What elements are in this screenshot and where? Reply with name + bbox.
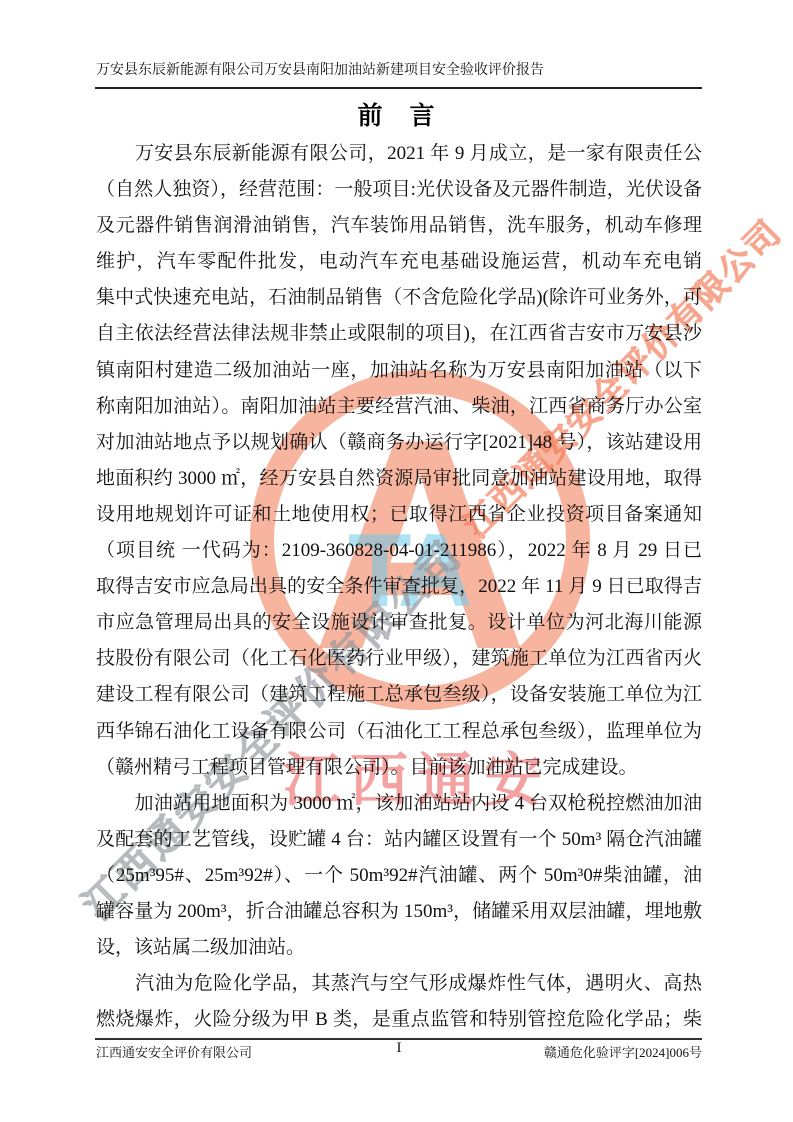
page-footer: 江西通安安全评价有限公司 I 赣通危化验评字[2024]006号 [96, 1042, 702, 1062]
running-header: 万安县东辰新能源有限公司万安县南阳加油站新建项目安全验收评价报告 [96, 60, 702, 82]
body-line: 技股份有限公司（化工石化医药行业甲级），建筑施工单位为江西省丙火 [96, 641, 702, 677]
body-line: 及元器件销售润滑油销售，汽车装饰用品销售，洗车服务，机动车修理和 [96, 208, 702, 244]
body-line: 汽油为危险化学品，其蒸汽与空气形成爆炸性气体，遇明火、高热易 [96, 966, 702, 1002]
body-line: 及配套的工艺管线，设贮罐 4 台：站内罐区设置有一个 50m³ 隔仓汽油罐 [96, 822, 702, 858]
body-line: 对加油站地点予以规划确认（赣商务办运行字[2021]48 号），该站建设用 [96, 425, 702, 461]
body-line: 设用地规划许可证和土地使用权；已取得江西省企业投资项目备案通知书 [96, 497, 702, 533]
body-line: 设，该站属二级加油站。 [96, 930, 702, 966]
body-line: （项目统 一代码为：2109-360828-04-01-211986），2022… [96, 533, 702, 569]
body-line: 称南阳加油站）。南阳加油站主要经营汽油、柴油，江西省商务厅办公室 [96, 389, 702, 425]
body-line: 取得吉安市应急局出具的安全条件审查批复，2022 年 11 月 9 日已取得吉安 [96, 569, 702, 605]
header-rule [95, 87, 702, 89]
body-line: 市应急管理局出具的安全设施设计审查批复。设计单位为河北海川能源科 [96, 605, 702, 641]
body-line: 地面积约 3000 ㎡，经万安县自然资源局审批同意加油站建设用地，取得建 [96, 461, 702, 497]
page-title: 前 言 [0, 96, 793, 132]
body-line: 集中式快速充电站，石油制品销售（不含危险化学品)(除许可业务外，可 [96, 280, 702, 316]
body-line: 镇南阳村建造二级加油站一座，加油站名称为万安县南阳加油站（以下简 [96, 353, 702, 389]
body-line: 西华锦石油化工设备有限公司（石油化工工程总承包叁级），监理单位为 [96, 714, 702, 750]
body-line: 万安县东辰新能源有限公司，2021 年 9 月成立，是一家有限责任公司 [96, 136, 702, 172]
body-line: 燃烧爆炸，火险分级为甲 B 类，是重点监管和特别管控危险化学品；柴油 [96, 1002, 702, 1038]
body-line: （赣州精弓工程项目管理有限公司）。目前该加油站已完成建设。 [96, 750, 702, 786]
body-line: 建设工程有限公司（建筑工程施工总承包叁级），设备安装施工单位为江 [96, 677, 702, 713]
footer-doc-number: 赣通危化验评字[2024]006号 [544, 1042, 702, 1061]
body-line: 维护，汽车零配件批发，电动汽车充电基础设施运营，机动车充电销售， [96, 244, 702, 280]
body-line: 加油站用地面积为 3000 ㎡，该加油站站内设 4 台双枪税控燃油加油机 [96, 786, 702, 822]
body-text: 万安县东辰新能源有限公司，2021 年 9 月成立，是一家有限责任公司 （自然人… [96, 136, 702, 1038]
text-layer: 万安县东辰新能源有限公司万安县南阳加油站新建项目安全验收评价报告 前 言 万安县… [0, 0, 793, 1122]
body-line: 罐容量为 200m³，折合油罐总容积为 150m³，储罐采用双层油罐，埋地敷 [96, 894, 702, 930]
body-line: 自主依法经营法律法规非禁止或限制的项目)，在江西省吉安市万安县沙坪 [96, 316, 702, 352]
document-page: A TA 江西通安安全评价有限公司 江西通安安全评价有限公司 江西通安 万安县东… [0, 0, 793, 1122]
body-line: （25m³95#、25m³92#）、一个 50m³92#汽油罐、两个 50m³0… [96, 858, 702, 894]
body-line: （自然人独资），经营范围：一般项目:光伏设备及元器件制造，光伏设备 [96, 172, 702, 208]
